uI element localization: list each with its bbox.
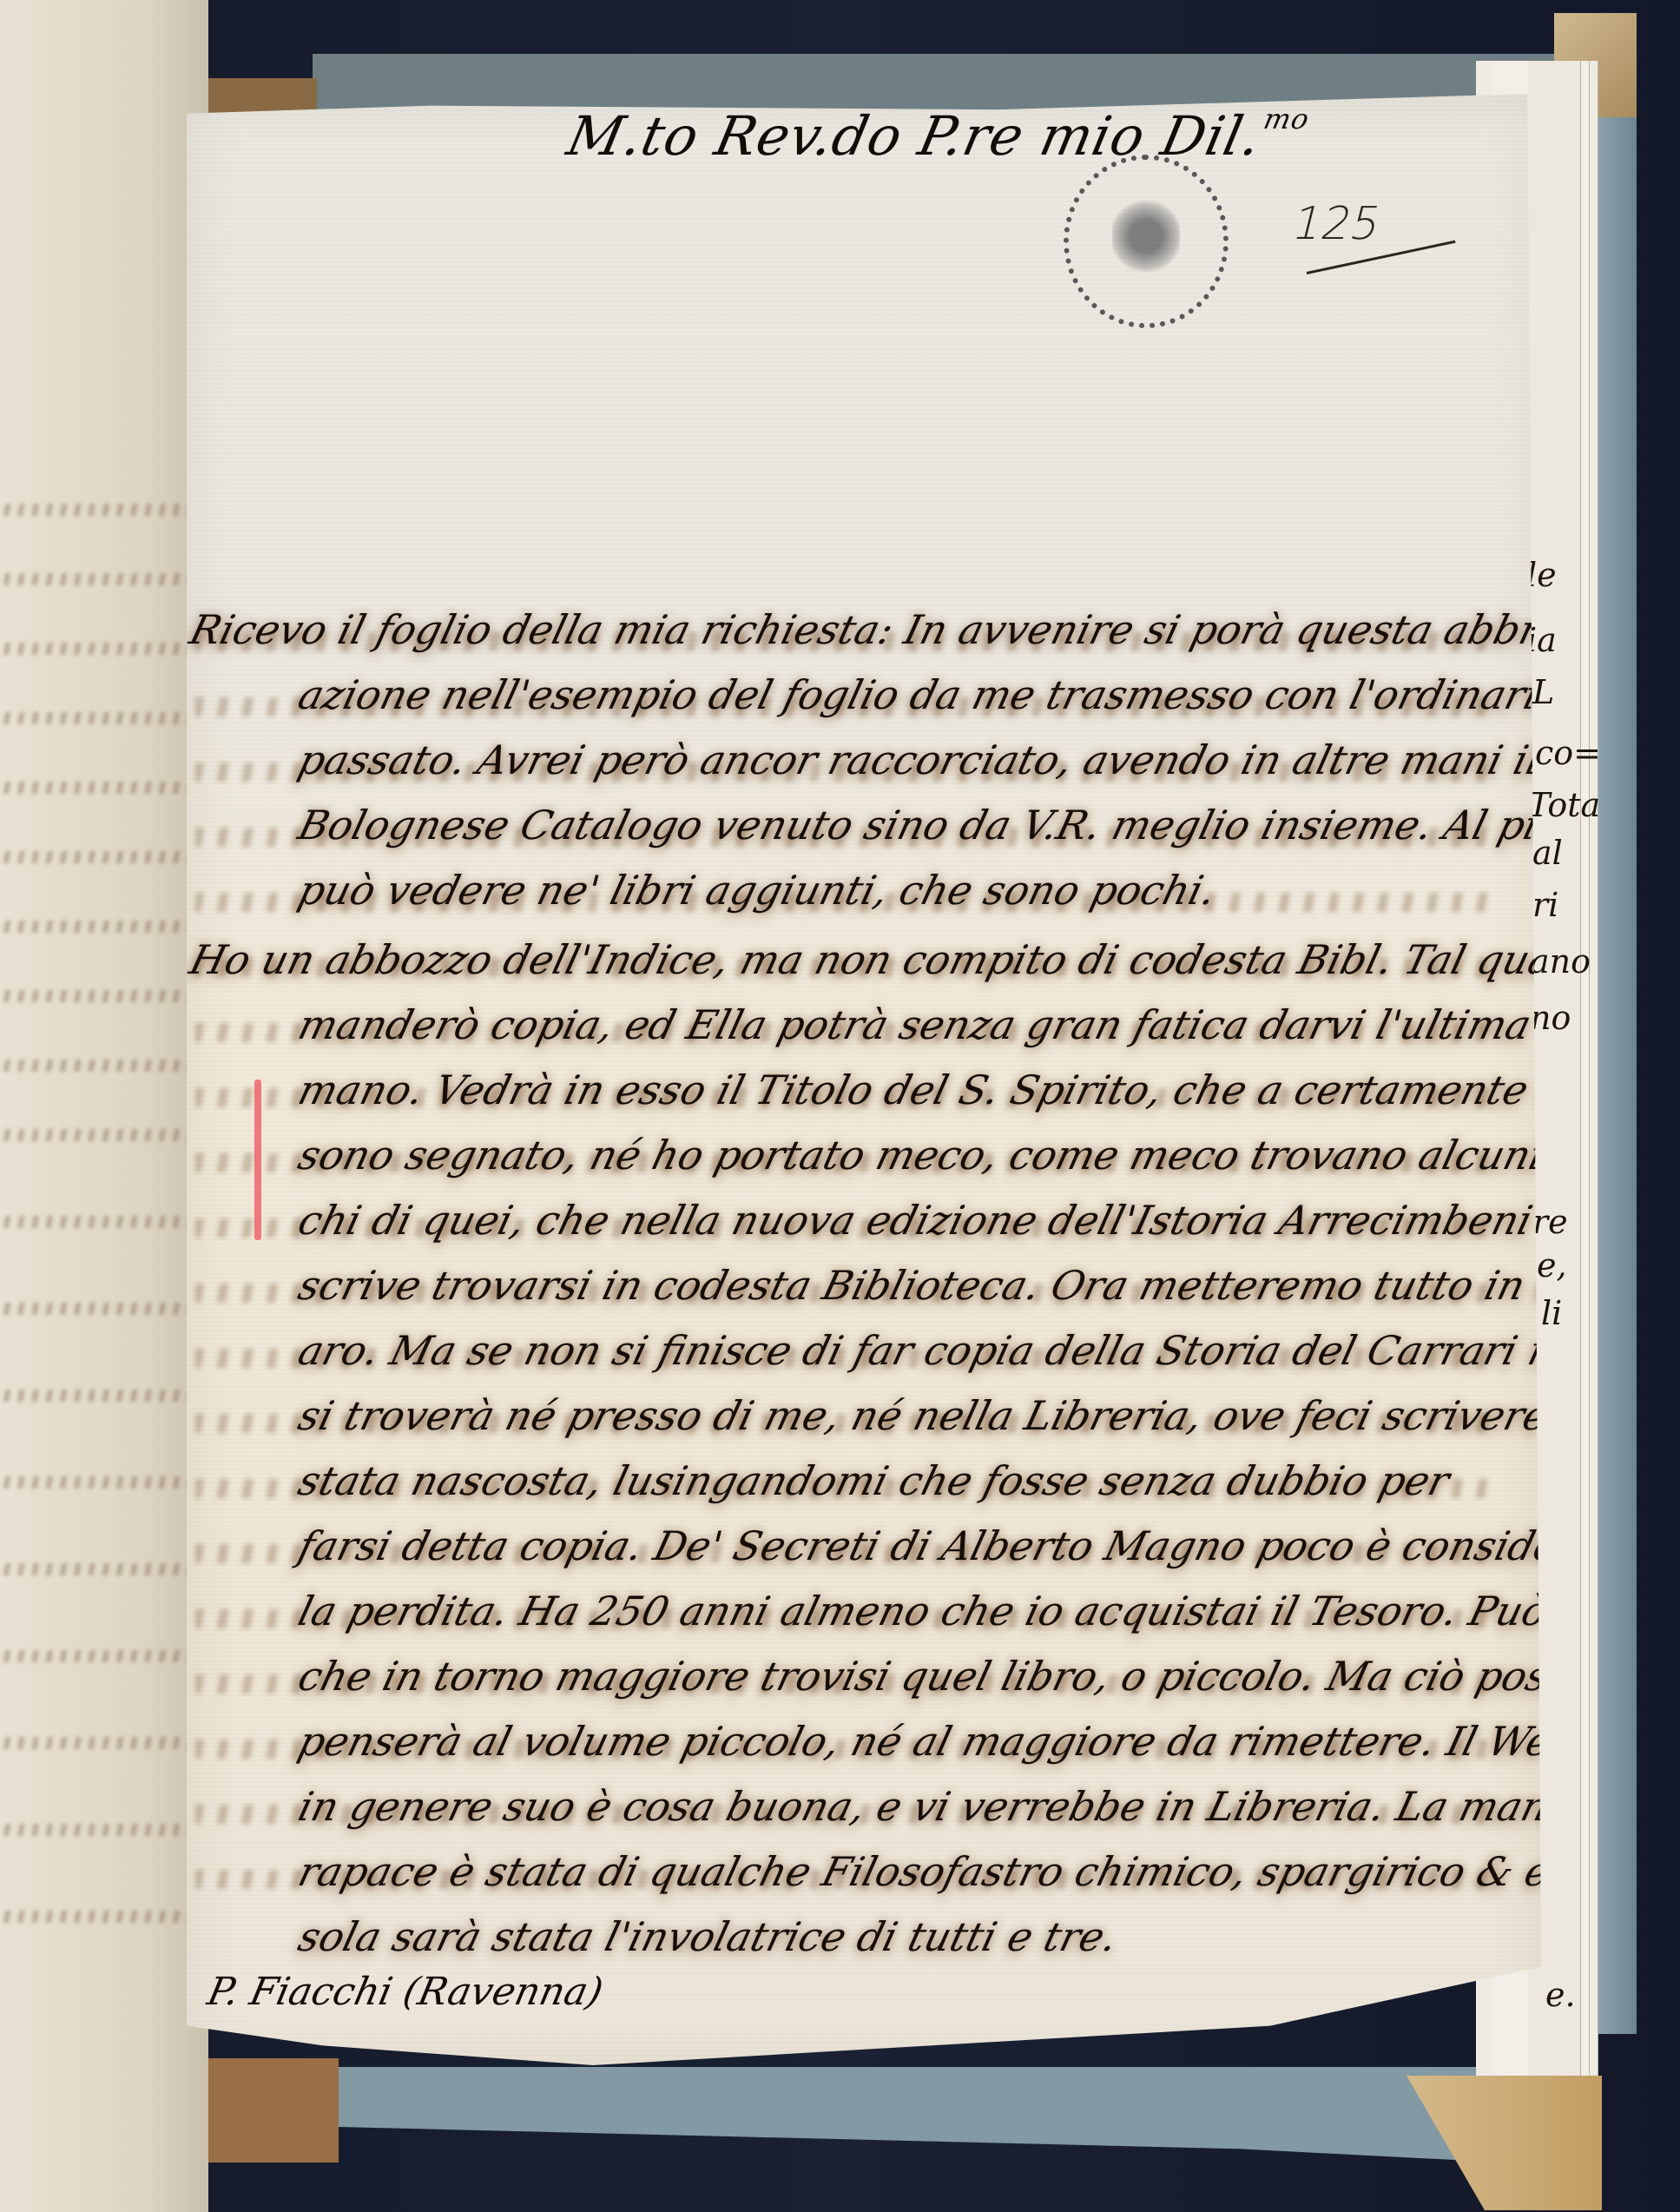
attribution-note: P. Fiacchi (Ravenna) [204,1970,608,2014]
bleed-through-line [0,643,191,655]
bleed-through-line [0,1303,191,1315]
bleed-through-line [0,1911,191,1923]
letter-line: Ricevo il foglio della mia richiesta: In… [185,606,1637,653]
letter-line: scrive trovarsi in codesta Biblioteca. O… [293,1262,1637,1309]
bleed-through-line [0,1129,191,1141]
margin-fragment: re [1532,1203,1568,1241]
letter-line: si troverà né presso di me, né nella Lib… [293,1392,1637,1439]
folio-number: 125 [1288,198,1387,250]
binding-board-right [1598,54,1637,2034]
margin-fragment: e. [1545,1976,1576,2014]
margin-fragment: ano [1530,942,1591,981]
bleed-through-line [0,1824,191,1836]
letter-line: Ho un abbozzo dell'Indice, ma non compit… [185,936,1680,983]
bleed-through-line [0,921,191,933]
bleed-through-line [0,782,191,794]
bleed-through-line [0,851,191,863]
letter-line: Bolognese Catalogo venuto sino da V.R. m… [293,802,1660,848]
bleed-through-line [0,1060,191,1072]
margin-fragment: Tota [1528,786,1600,824]
bleed-through-line [0,712,191,724]
letter-line: la perdita. Ha 250 anni almeno che io ac… [293,1588,1680,1634]
bleed-through-line [0,504,191,516]
bleed-through-line [0,1737,191,1749]
letter-line: farsi detta copia. De' Secreti di Albert… [293,1522,1680,1569]
margin-fragment: L [1532,673,1554,711]
salutation-heading: M.to Rev.do P.re mio Dil.mo [562,102,1313,168]
margin-fragment: li [1541,1294,1562,1332]
bleed-through-line [0,1476,191,1489]
library-stamp-icon [1064,155,1229,328]
letter-line: può vedere ne' libri aggiunti, che sono … [293,867,1221,914]
margin-fragment: co= [1535,734,1601,772]
margin-fragment: al [1532,834,1563,872]
bleed-through-line [0,990,191,1002]
letter-line: stata nascosta, lusingandomi che fosse s… [293,1457,1454,1504]
letter-line: mano. Vedrà in esso il Titolo del S. Spi… [293,1066,1680,1113]
letter-line: penserà al volume piccolo, né al maggior… [293,1718,1680,1765]
bleed-through-line [0,1563,191,1575]
letter-line: azione nell'esempio del foglio da me tra… [293,671,1680,718]
bleed-through-line [0,1650,191,1662]
letter-line: in genere suo è cosa buona, e vi verrebb… [293,1783,1578,1830]
letter-line: passato. Avrei però ancor raccorciato, a… [293,736,1545,783]
salutation-superscript: mo [1261,102,1313,135]
letter-line: rapace è stata di qualche Filosofastro c… [293,1848,1669,1895]
margin-fragment: e, [1537,1246,1567,1284]
letter-line: che in torno maggiore trovisi quel libro… [293,1653,1679,1700]
margin-fragment: ri [1532,886,1558,924]
letter-line: sono segnato, né ho portato meco, come m… [293,1132,1644,1179]
bleed-through-line [0,1216,191,1228]
letter-line: manderò copia, ed Ella potrà senza gran … [293,1001,1536,1048]
facing-left-page [0,0,208,2212]
letter-line: aro. Ma se non si finisce di far copia d… [293,1327,1611,1374]
letter-line: sola sarà stata l'involatrice di tutti e… [293,1913,1122,1960]
letter-line: chi di quei, che nella nuova edizione de… [293,1197,1537,1244]
bleed-through-line [0,573,191,585]
bleed-through-line [0,1390,191,1402]
letter-page: M.to Rev.do P.re mio Dil.mo 125 Ricevo i… [187,94,1541,2065]
leather-corner-bottom-left [187,2058,339,2162]
margin-fragment: no [1530,999,1571,1037]
